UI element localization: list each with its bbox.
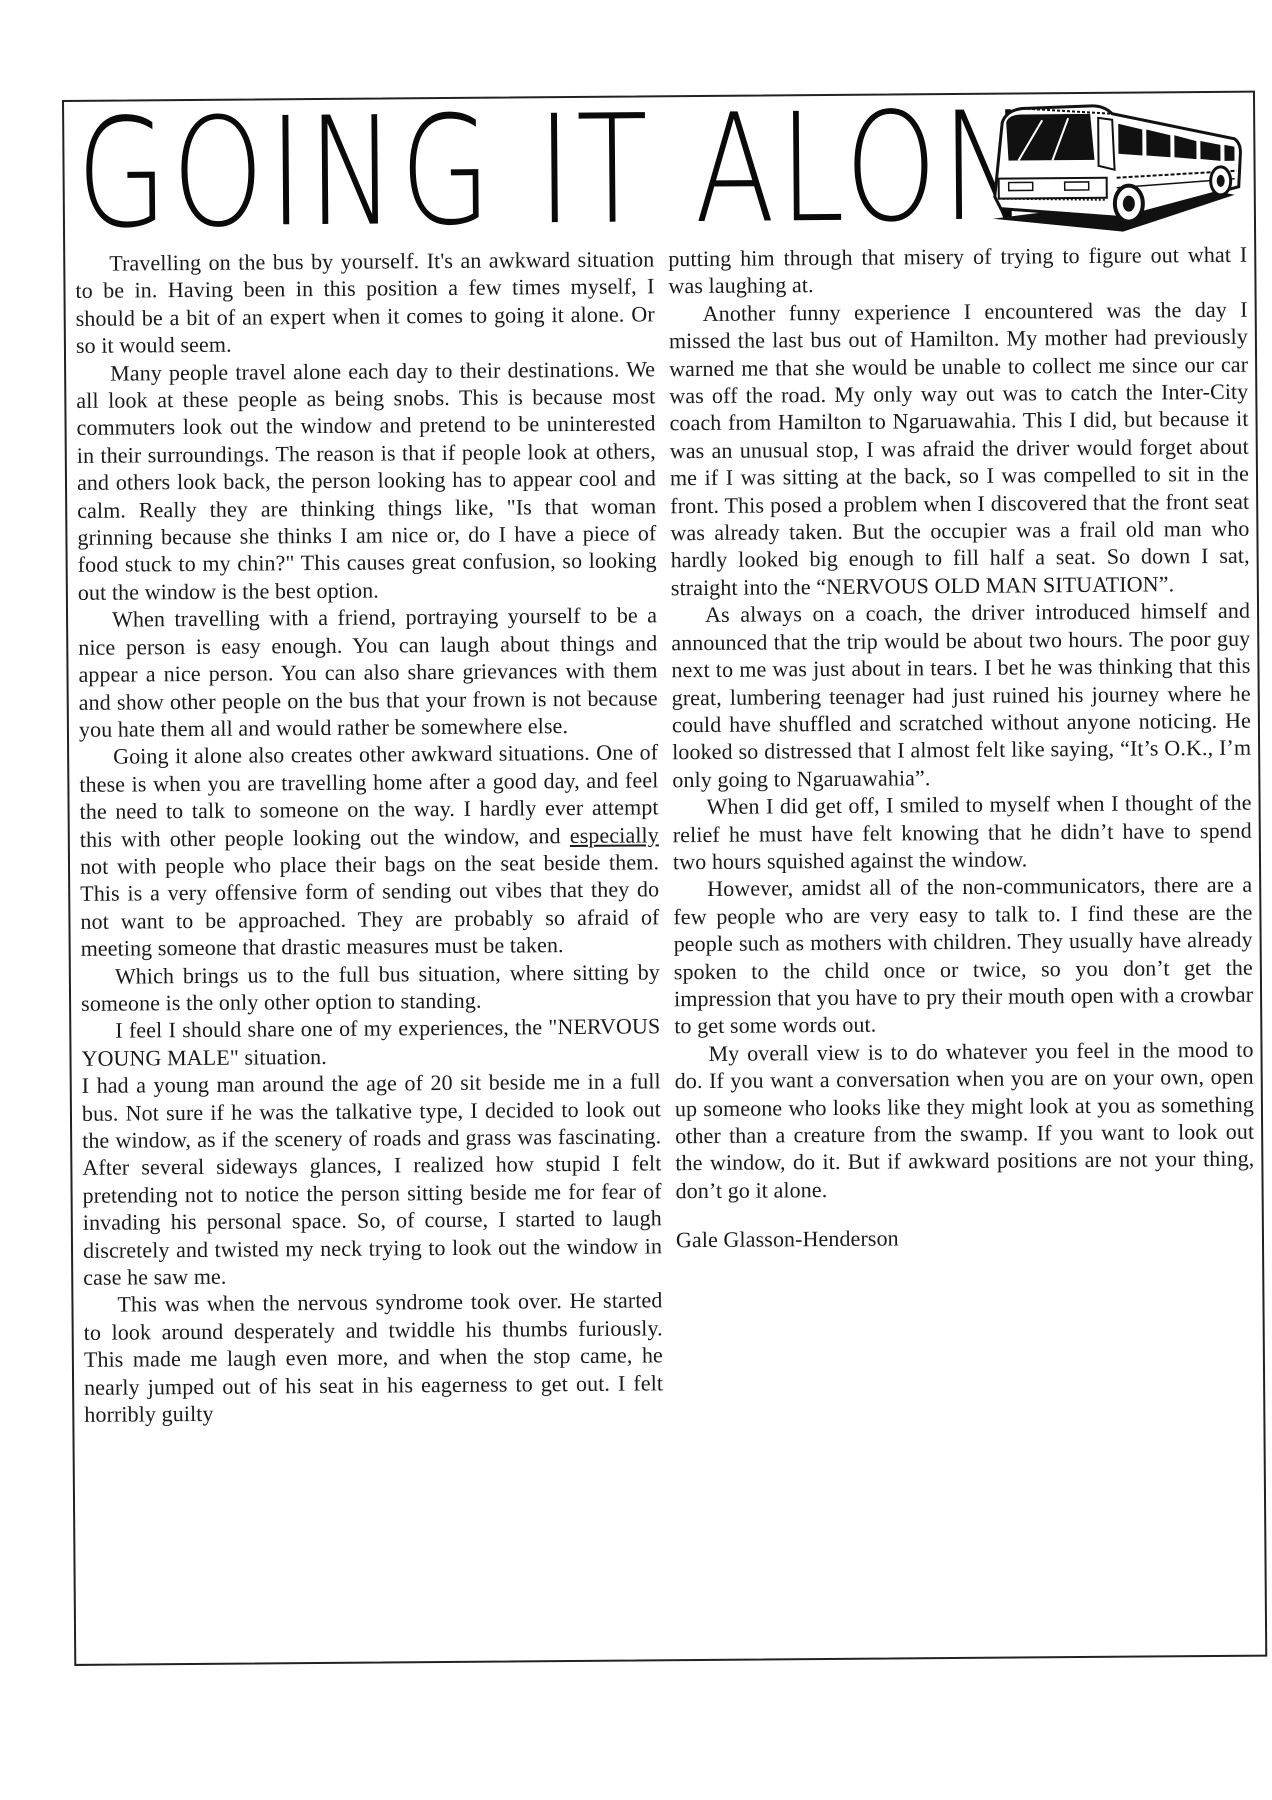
paragraph: Going it alone also creates other awkwar…: [79, 739, 660, 963]
article-body: Travelling on the bus by yourself. It's …: [75, 241, 1256, 1429]
paragraph: When I did get off, I smiled to myself w…: [672, 789, 1252, 876]
paragraph: As always on a coach, the driver introdu…: [671, 597, 1251, 793]
paragraph-text: not with people who place their bags on …: [80, 849, 660, 961]
article-title: GOING IT ALONE: [76, 92, 1113, 250]
paragraph: putting him through that misery of tryin…: [668, 241, 1247, 300]
paragraph: When travelling with a friend, portrayin…: [78, 602, 658, 744]
article-frame: GOING IT ALONE: [62, 91, 1267, 1666]
author-byline: Gale Glasson-Henderson: [676, 1222, 1255, 1254]
left-column: Travelling on the bus by yourself. It's …: [75, 245, 663, 1428]
underlined-emphasis: especially: [570, 822, 659, 848]
paragraph: I feel I should share one of my experien…: [81, 1013, 660, 1072]
paragraph: However, amidst all of the non-communica…: [673, 871, 1253, 1040]
paragraph: I had a young man around the age of 20 s…: [82, 1068, 663, 1292]
bus-icon: [972, 99, 1243, 241]
paragraph: Many people travel alone each day to the…: [76, 355, 657, 606]
masthead: GOING IT ALONE: [74, 97, 1245, 246]
paragraph: Another funny experience I encountered w…: [669, 296, 1250, 602]
paragraph: This was when the nervous syndrome took …: [83, 1287, 663, 1429]
paragraph: Which brings us to the full bus situatio…: [81, 958, 660, 1017]
right-column: putting him through that misery of tryin…: [668, 241, 1256, 1424]
paragraph: My overall view is to do whatever you fe…: [674, 1035, 1254, 1204]
paragraph: Travelling on the bus by yourself. It's …: [75, 245, 655, 359]
